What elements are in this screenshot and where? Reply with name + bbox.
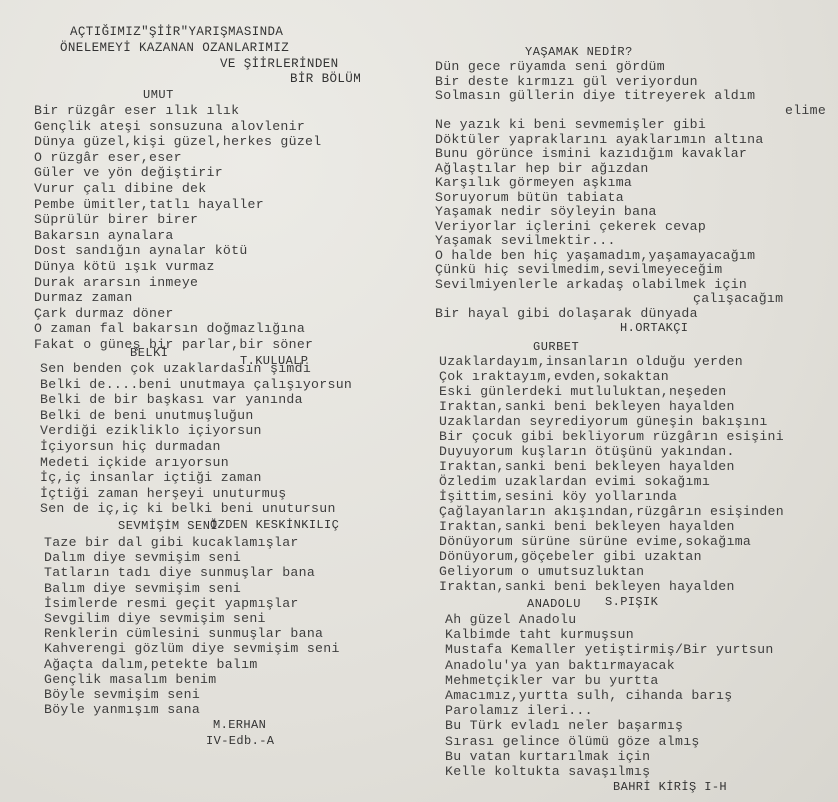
poem-line: Geliyorum o umutsuzluktan <box>439 564 644 580</box>
poem-line: Yaşamak nedir söyleyin bana <box>435 204 657 220</box>
poem-line: Sen de iç,iç ki belki beni unutursun <box>40 501 336 517</box>
poem-line: Kahverengi gözlüm diye sevmişim seni <box>44 641 340 657</box>
poem-author-class: IV-Edb.-A <box>206 733 274 749</box>
poem-line: Böyle yanmışım sana <box>44 702 200 718</box>
poem-title: UMUT <box>143 87 174 103</box>
poem-author: S.PIŞIK <box>605 594 658 610</box>
poem-line: Çünkü hiç sevilmedim,sevilmeyeceğim <box>435 262 722 278</box>
poem-line: Dün gece rüyamda seni gördüm <box>435 59 665 75</box>
poem-line: çalışacağım <box>693 291 783 307</box>
poem-line: Yaşamak sevilmektir... <box>435 233 616 249</box>
poem-line: Bunu görünce ismini kazıdığım kavaklar <box>435 146 747 162</box>
poem-title: SEVMİŞİM SENİ <box>118 518 218 534</box>
poem-author: M.ERHAN <box>213 717 266 733</box>
poem-author: H.ORTAKÇI <box>620 320 688 336</box>
poem-line: Iraktan,sanki beni bekleyen hayalden <box>439 459 735 475</box>
poem-title: BELKİ <box>130 345 169 361</box>
poem-line: Mehmetçikler var bu yurtta <box>445 673 659 689</box>
poem-line: Böyle sevmişim seni <box>44 687 200 703</box>
poem-line: Ah güzel Anadolu <box>445 612 576 628</box>
poem-line: Mustafa Kemaller yetiştirmiş/Bir yurtsun <box>445 642 774 658</box>
poem-line: Karşılık görmeyen aşkıma <box>435 175 632 191</box>
poem-line: Iraktan,sanki beni bekleyen hayalden <box>439 579 735 595</box>
poem-line: Solmasın güllerin diye titreyerek aldım <box>435 88 755 104</box>
poem-line: Bakarsın aynalara <box>34 228 174 244</box>
poem-line: Belki de bir başkası var yanında <box>40 392 303 408</box>
poem-line: Sevgilim diye sevmişim seni <box>44 611 266 627</box>
poem-line: Ne yazık ki beni sevmemişler gibi <box>435 117 706 133</box>
poem-line: Medeti içkide arıyorsun <box>40 455 229 471</box>
header-line: ÖNELEMEYİ KAZANAN OZANLARIMIZ <box>60 40 289 56</box>
poem-line: Bir rüzgâr eser ılık ılık <box>34 103 239 119</box>
poem-line: O rüzgâr eser,eser <box>34 150 182 166</box>
poem-author: ÖZDEN KESKİNKILIÇ <box>210 517 339 533</box>
poem-line: Renklerin cümlesini sunmuşlar bana <box>44 626 323 642</box>
poem-line: Dönüyorum sürüne sürüne evime,sokağıma <box>439 534 751 550</box>
poem-line: elime <box>785 103 826 119</box>
poem-line: Durmaz zaman <box>34 290 133 306</box>
poem-line: Çark durmaz döner <box>34 306 174 322</box>
poem-title: GURBET <box>533 339 579 355</box>
header-line: BİR BÖLÜM <box>290 71 361 87</box>
poem-line: Dünya kötü ışık vurmaz <box>34 259 215 275</box>
poem-line: Dünya güzel,kişi güzel,herkes güzel <box>34 134 321 150</box>
poem-line: Sırası gelince ölümü göze almış <box>445 734 700 750</box>
poem-line: Belki de....beni unutmaya çalışıyorsun <box>40 377 352 393</box>
poem-line: Belki de beni unutmuşluğun <box>40 408 254 424</box>
poem-line: Gençlik masalım benim <box>44 672 217 688</box>
poem-line: Bu vatan kurtarılmak için <box>445 749 650 765</box>
poem-line: Süprülür birer birer <box>34 212 198 228</box>
header-line: AÇTIĞIMIZ"ŞİİR"YARIŞMASINDA <box>70 24 283 40</box>
poem-line: O zaman fal bakarsın doğmazlığına <box>34 321 305 337</box>
poem-line: Iraktan,sanki beni bekleyen hayalden <box>439 399 735 415</box>
poem-line: Dalım diye sevmişim seni <box>44 550 241 566</box>
poem-line: Fakat o güneş bir parlar,bir söner <box>34 337 313 353</box>
poem-line: Güler ve yön değiştirir <box>34 165 223 181</box>
poem-line: Bu Türk evladı neler başarmış <box>445 718 683 734</box>
poem-title: YAŞAMAK NEDİR? <box>525 44 633 60</box>
poem-line: Eski günlerdeki mutluluktan,neşeden <box>439 384 726 400</box>
poem-line: Kelle koltukta savaşılmış <box>445 764 650 780</box>
poem-line: Uzaklardayım,insanların olduğu yerden <box>439 354 743 370</box>
poem-line: Balım diye sevmişim seni <box>44 581 241 597</box>
poem-line: Tatların tadı diye sunmuşlar bana <box>44 565 315 581</box>
poem-line: Gençlik ateşi sonsuzuna alovlenir <box>34 119 305 135</box>
poem-line: Duyuyorum kuşların ötüşünü yakından. <box>439 444 735 460</box>
poem-line: Sen benden çok uzaklardasın şimdi <box>40 361 311 377</box>
poem-line: Çok ıraktayım,evden,sokaktan <box>439 369 669 385</box>
poem-line: İçiyorsun hiç durmadan <box>40 439 221 455</box>
poem-line: İçtiği zaman herşeyi unuturmuş <box>40 486 286 502</box>
poem-line: Durak ararsın inmeye <box>34 275 198 291</box>
poem-line: Pembe ümitler,tatlı hayaller <box>34 197 264 213</box>
poem-line: Iraktan,sanki beni bekleyen hayalden <box>439 519 735 535</box>
poem-line: Bir çocuk gibi bekliyorum rüzgârın esişi… <box>439 429 784 445</box>
poem-line: Çağlayanların akışından,rüzgârın esişind… <box>439 504 784 520</box>
poem-title: ANADOLU <box>527 596 581 612</box>
poem-line: Dost sandığın aynalar kötü <box>34 243 248 259</box>
poem-author: BAHRİ KİRİŞ I-H <box>613 779 727 795</box>
poem-line: Özledim uzaklardan evimi sokağımı <box>439 474 710 490</box>
poem-line: Dönüyorum,göçebeler gibi uzaktan <box>439 549 702 565</box>
poem-line: Ağaçta dalım,petekte balım <box>44 657 258 673</box>
poem-line: Kalbimde taht kurmuşsun <box>445 627 634 643</box>
poem-line: Vurur çalı dibine dek <box>34 181 207 197</box>
header-line: VE ŞİİRLERİNDEN <box>220 56 339 72</box>
poem-line: Uzaklardan seyrediyorum güneşin bakışını <box>439 414 768 430</box>
poem-line: Parolamız ileri... <box>445 703 593 719</box>
poem-line: Taze bir dal gibi kucaklamışlar <box>44 535 299 551</box>
poem-line: İsimlerde resmi geçit yapmışlar <box>44 596 299 612</box>
poem-line: Amacımız,yurtta sulh, cihanda barış <box>445 688 732 704</box>
poem-line: İç,iç insanlar içtiği zaman <box>40 470 262 486</box>
poem-line: Verdiği ezikliklo içiyorsun <box>40 423 262 439</box>
poem-line: Anadolu'ya yan baktırmayacak <box>445 658 675 674</box>
poem-line: İşittim,sesini köy yollarında <box>439 489 677 505</box>
